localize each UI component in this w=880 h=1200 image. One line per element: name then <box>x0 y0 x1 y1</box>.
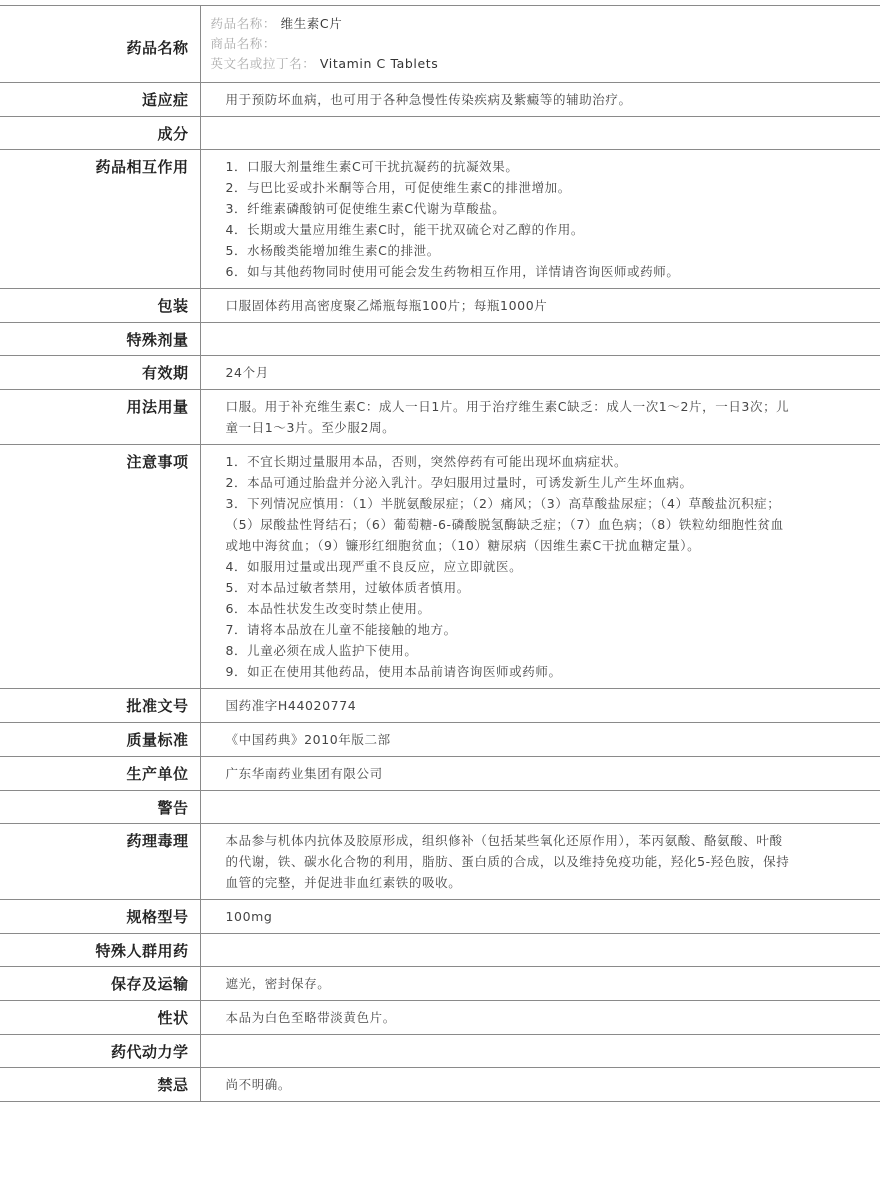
row-label: 药品名称 <box>0 6 200 83</box>
row-label: 特殊人群用药 <box>0 934 200 967</box>
list-item: 1．口服大剂量维生素C可干扰抗凝药的抗凝效果。 <box>226 156 791 177</box>
row-label: 药品相互作用 <box>0 150 200 289</box>
english-name-line: 英文名或拉丁名： Vitamin C Tablets <box>211 54 791 74</box>
row-dosage: 用法用量 口服。用于补充维生素C：成人一日1片。用于治疗维生素C缺乏：成人一次1… <box>0 390 880 445</box>
row-description: 性状 本品为白色至略带淡黄色片。 <box>0 1001 880 1035</box>
row-label: 特殊剂量 <box>0 323 200 356</box>
row-label: 批准文号 <box>0 689 200 723</box>
row-precautions: 注意事项 1．不宜长期过量服用本品，否则，突然停药有可能出现坏血病症状。 2．本… <box>0 445 880 689</box>
drug-info-table: 药品名称 药品名称： 维生素C片 商品名称： 英文名或拉丁名： Vitamin … <box>0 5 880 1102</box>
row-value: 本品为白色至略带淡黄色片。 <box>200 1001 880 1035</box>
generic-name-value: 维生素C片 <box>281 16 343 31</box>
row-label: 性状 <box>0 1001 200 1035</box>
row-value: 《中国药典》2010年版二部 <box>200 723 880 757</box>
row-value: 药品名称： 维生素C片 商品名称： 英文名或拉丁名： Vitamin C Tab… <box>200 6 880 83</box>
list-item: 5．水杨酸类能增加维生素C的排泄。 <box>226 240 791 261</box>
row-specification: 规格型号 100mg <box>0 900 880 934</box>
list-item: 9．如正在使用其他药品，使用本品前请咨询医师或药师。 <box>226 661 791 682</box>
row-value: 100mg <box>200 900 880 934</box>
row-value: 遮光，密封保存。 <box>200 967 880 1001</box>
row-contraindications: 禁忌 尚不明确。 <box>0 1068 880 1102</box>
list-item: 6．本品性状发生改变时禁止使用。 <box>226 598 791 619</box>
row-value: 本品参与机体内抗体及胶原形成，组织修补（包括某些氧化还原作用），苯丙氨酸、酪氨酸… <box>200 824 880 900</box>
list-item: 6．如与其他药物同时使用可能会发生药物相互作用，详情请咨询医师或药师。 <box>226 261 791 282</box>
list-item: 4．如服用过量或出现严重不良反应，应立即就医。 <box>226 556 791 577</box>
list-item: 8．儿童必须在成人监护下使用。 <box>226 640 791 661</box>
row-warning: 警告 <box>0 791 880 824</box>
row-special-dosage: 特殊剂量 <box>0 323 880 356</box>
row-value: 1．口服大剂量维生素C可干扰抗凝药的抗凝效果。 2．与巴比妥或扑米酮等合用，可促… <box>200 150 880 289</box>
row-label: 药理毒理 <box>0 824 200 900</box>
row-approval-number: 批准文号 国药准字H44020774 <box>0 689 880 723</box>
row-label: 包装 <box>0 289 200 323</box>
list-item: 2．与巴比妥或扑米酮等合用，可促使维生素C的排泄增加。 <box>226 177 791 198</box>
row-value: 国药准字H44020774 <box>200 689 880 723</box>
row-value: 广东华南药业集团有限公司 <box>200 757 880 791</box>
row-label: 质量标准 <box>0 723 200 757</box>
row-pharmacokinetics: 药代动力学 <box>0 1035 880 1068</box>
row-special-populations: 特殊人群用药 <box>0 934 880 967</box>
row-ingredients: 成分 <box>0 117 880 150</box>
row-label: 用法用量 <box>0 390 200 445</box>
list-item: 3．下列情况应慎用：（1）半胱氨酸尿症；（2）痛风；（3）高草酸盐尿症；（4）草… <box>226 493 791 556</box>
row-pharmacology: 药理毒理 本品参与机体内抗体及胶原形成，组织修补（包括某些氧化还原作用），苯丙氨… <box>0 824 880 900</box>
row-label: 适应症 <box>0 83 200 117</box>
list-item: 4．长期或大量应用维生素C时，能干扰双硫仑对乙醇的作用。 <box>226 219 791 240</box>
row-value <box>200 323 880 356</box>
generic-name-line: 药品名称： 维生素C片 <box>211 14 791 34</box>
list-item: 5．对本品过敏者禁用，过敏体质者慎用。 <box>226 577 791 598</box>
row-label: 有效期 <box>0 356 200 390</box>
row-value <box>200 1035 880 1068</box>
row-label: 禁忌 <box>0 1068 200 1102</box>
row-shelf-life: 有效期 24个月 <box>0 356 880 390</box>
row-interactions: 药品相互作用 1．口服大剂量维生素C可干扰抗凝药的抗凝效果。 2．与巴比妥或扑米… <box>0 150 880 289</box>
trade-name-label: 商品名称： <box>211 36 277 51</box>
row-value <box>200 934 880 967</box>
list-item: 3．纤维素磷酸钠可促使维生素C代谢为草酸盐。 <box>226 198 791 219</box>
english-name-value: Vitamin C Tablets <box>320 56 439 71</box>
row-value: 1．不宜长期过量服用本品，否则，突然停药有可能出现坏血病症状。 2．本品可通过胎… <box>200 445 880 689</box>
row-drug-name: 药品名称 药品名称： 维生素C片 商品名称： 英文名或拉丁名： Vitamin … <box>0 6 880 83</box>
row-label: 保存及运输 <box>0 967 200 1001</box>
row-value: 口服。用于补充维生素C：成人一日1片。用于治疗维生素C缺乏：成人一次1～2片，一… <box>200 390 880 445</box>
row-value <box>200 117 880 150</box>
row-value: 尚不明确。 <box>200 1068 880 1102</box>
trade-name-line: 商品名称： <box>211 34 791 54</box>
row-value: 用于预防坏血病，也可用于各种急慢性传染疾病及紫癜等的辅助治疗。 <box>200 83 880 117</box>
row-value <box>200 791 880 824</box>
row-label: 药代动力学 <box>0 1035 200 1068</box>
row-packaging: 包装 口服固体药用高密度聚乙烯瓶每瓶100片；每瓶1000片 <box>0 289 880 323</box>
row-label: 警告 <box>0 791 200 824</box>
generic-name-label: 药品名称： <box>211 16 277 31</box>
row-value: 口服固体药用高密度聚乙烯瓶每瓶100片；每瓶1000片 <box>200 289 880 323</box>
list-item: 1．不宜长期过量服用本品，否则，突然停药有可能出现坏血病症状。 <box>226 451 791 472</box>
row-manufacturer: 生产单位 广东华南药业集团有限公司 <box>0 757 880 791</box>
row-storage: 保存及运输 遮光，密封保存。 <box>0 967 880 1001</box>
list-item: 2．本品可通过胎盘并分泌入乳汁。孕妇服用过量时，可诱发新生儿产生坏血病。 <box>226 472 791 493</box>
english-name-label: 英文名或拉丁名： <box>211 56 316 71</box>
list-item: 7．请将本品放在儿童不能接触的地方。 <box>226 619 791 640</box>
row-indications: 适应症 用于预防坏血病，也可用于各种急慢性传染疾病及紫癜等的辅助治疗。 <box>0 83 880 117</box>
row-value: 24个月 <box>200 356 880 390</box>
row-label: 规格型号 <box>0 900 200 934</box>
row-label: 注意事项 <box>0 445 200 689</box>
row-quality-standard: 质量标准 《中国药典》2010年版二部 <box>0 723 880 757</box>
row-label: 生产单位 <box>0 757 200 791</box>
row-label: 成分 <box>0 117 200 150</box>
